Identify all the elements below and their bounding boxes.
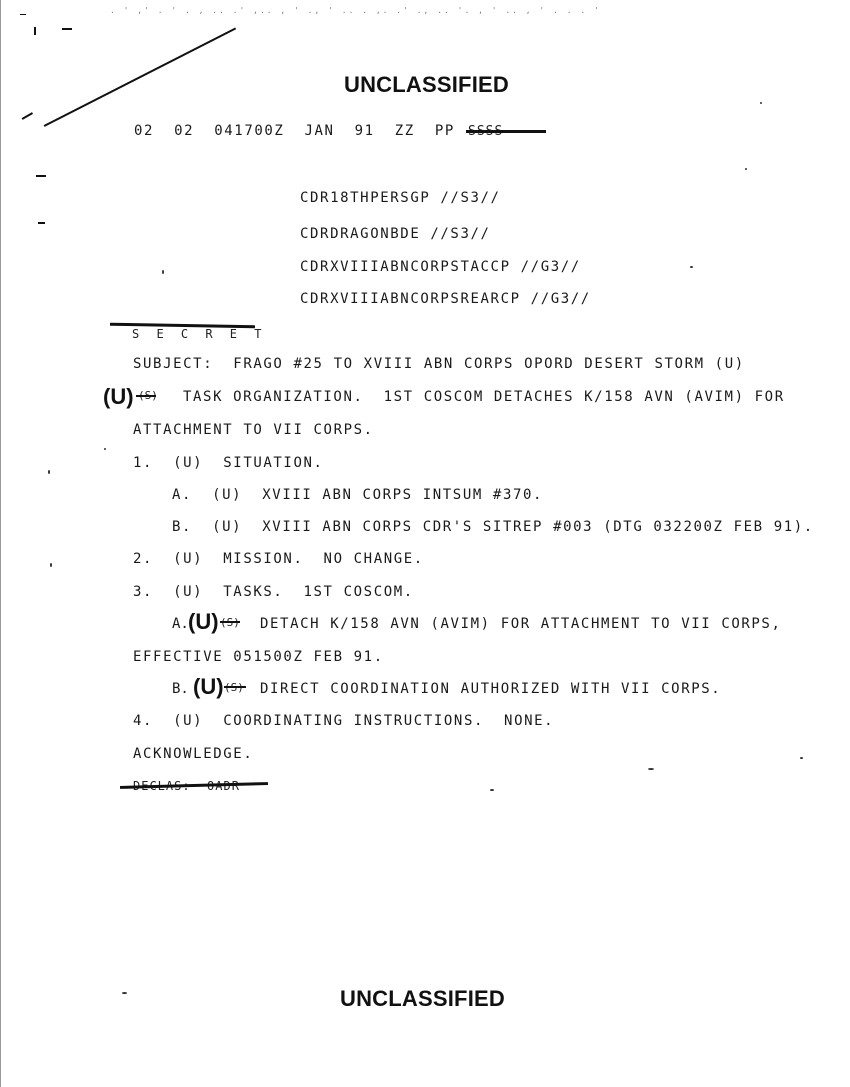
paragraph-3: 3. (U) TASKS. 1ST COSCOM. (133, 584, 414, 600)
addressee-2: CDRDRAGONBDE //S3// (300, 226, 491, 242)
header-strikethrough (466, 130, 546, 133)
paragraph-3a-line-2: EFFECTIVE 051500Z FEB 91. (133, 649, 384, 665)
scan-speck (745, 168, 747, 170)
paragraph-3b-label: B. (172, 681, 189, 697)
scan-speck (162, 270, 164, 274)
scan-speck (800, 757, 803, 759)
portion-marking-3a: (U) (188, 609, 219, 635)
scan-speck (760, 102, 762, 104)
scan-mark (34, 27, 36, 35)
scan-speck (48, 470, 50, 474)
marking-strikethrough (136, 395, 156, 397)
scan-speck (490, 789, 494, 791)
classification-bottom: UNCLASSIFIED (340, 986, 505, 1012)
scan-mark (22, 112, 33, 119)
scan-diagonal-mark (44, 27, 236, 126)
marking-strikethrough (224, 686, 246, 688)
addressee-4: CDRXVIIIABNCORPSREARCP //G3// (300, 291, 591, 307)
paragraph-3b-line-1: DIRECT COORDINATION AUTHORIZED WITH VII … (260, 681, 721, 697)
classification-top: UNCLASSIFIED (344, 72, 509, 98)
marking-strikethrough (220, 621, 240, 623)
task-org-line-1: TASK ORGANIZATION. 1ST COSCOM DETACHES K… (183, 389, 785, 405)
scan-mark (38, 222, 45, 224)
paragraph-1a: A. (U) XVIII ABN CORPS INTSUM #370. (172, 487, 543, 503)
paragraph-1b: B. (U) XVIII ABN CORPS CDR'S SITREP #003… (172, 519, 814, 535)
paragraph-1: 1. (U) SITUATION. (133, 455, 324, 471)
scan-mark (62, 28, 72, 30)
paragraph-4: 4. (U) COORDINATING INSTRUCTIONS. NONE. (133, 713, 554, 729)
scan-speck (690, 266, 693, 268)
scan-speck (104, 448, 106, 450)
scan-speck (50, 563, 52, 567)
scan-top-noise: . ' ,' . ' . , .. .' ,.. , ' ., ' .. . ,… (110, 6, 601, 15)
scan-mark (36, 175, 46, 177)
portion-marking-task-org: (U) (103, 384, 134, 410)
paragraph-3a-line-1: DETACH K/158 AVN (AVIM) FOR ATTACHMENT T… (260, 616, 782, 632)
scan-speck (648, 768, 654, 770)
struck-classification: S E C R E T (132, 327, 266, 341)
task-org-line-2: ATTACHMENT TO VII CORPS. (133, 422, 374, 438)
scan-margin-line (0, 0, 1, 1087)
message-header-line: 02 02 041700Z JAN 91 ZZ PP (134, 123, 455, 139)
addressee-3: CDRXVIIIABNCORPSTACCP //G3// (300, 259, 581, 275)
paragraph-2: 2. (U) MISSION. NO CHANGE. (133, 551, 424, 567)
acknowledge-line: ACKNOWLEDGE. (133, 746, 253, 762)
addressee-1: CDR18THPERSGP //S3// (300, 190, 501, 206)
scan-mark (20, 14, 26, 15)
paragraph-3a-label: A. (172, 616, 189, 632)
scan-speck (122, 992, 127, 994)
subject-line: SUBJECT: FRAGO #25 TO XVIII ABN CORPS OP… (133, 356, 745, 372)
portion-marking-3b: (U) (193, 674, 224, 700)
